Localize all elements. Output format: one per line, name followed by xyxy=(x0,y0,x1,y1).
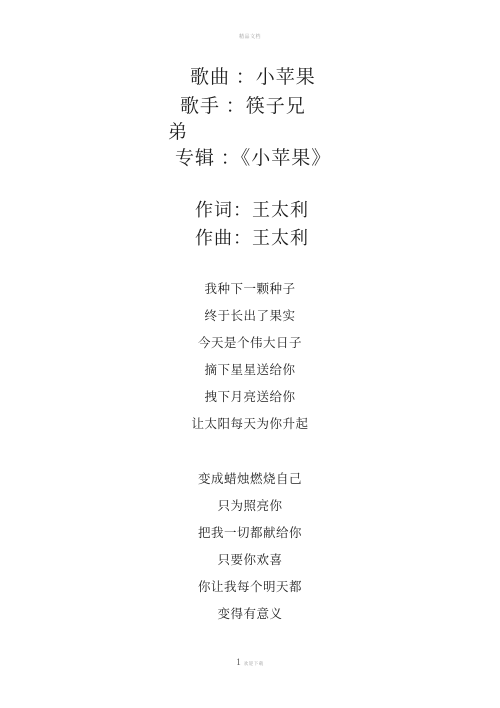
lyric-line: 今天是个伟大日子 xyxy=(0,330,500,357)
lyricist-credit: 作词：王太利 xyxy=(195,196,309,222)
lyrics-stanza-1: 我种下一颗种子 终于长出了果实 今天是个伟大日子 摘下星星送给你 拽下月亮送给你… xyxy=(0,276,500,438)
lyric-line: 把我一切都献给你 xyxy=(0,520,500,547)
lyrics-stanza-2: 变成蜡烛燃烧自己 只为照亮你 把我一切都献给你 只要你欢喜 你让我每个明天都 变… xyxy=(0,466,500,628)
lyric-line: 变成蜡烛燃烧自己 xyxy=(0,466,500,493)
artist-wrapped-character: 弟 xyxy=(168,117,188,144)
song-title-line: 歌曲 ：小苹果 xyxy=(190,62,316,89)
lyric-line: 你让我每个明天都 xyxy=(0,574,500,601)
lyric-line: 我种下一颗种子 xyxy=(0,276,500,303)
composer-credit: 作曲：王太利 xyxy=(195,224,309,250)
page-footer: 1 欢迎下载 xyxy=(0,657,500,667)
footer-note-text: 欢迎下载 xyxy=(244,661,264,667)
top-watermark-text: 精品文档 xyxy=(0,33,500,40)
lyric-line: 让太阳每天为你升起 xyxy=(0,411,500,438)
lyric-line: 终于长出了果实 xyxy=(0,303,500,330)
lyric-line: 变得有意义 xyxy=(0,601,500,628)
artist-line: 歌手 ：筷子兄 xyxy=(180,91,306,118)
album-line: 专辑 ：《小苹果》 xyxy=(175,143,331,170)
page-number: 1 xyxy=(236,657,241,667)
document-page: 精品文档 歌曲 ：小苹果 歌手 ：筷子兄 弟 专辑 ：《小苹果》 作词：王太利 … xyxy=(0,0,500,708)
lyric-line: 只要你欢喜 xyxy=(0,547,500,574)
lyric-line: 拽下月亮送给你 xyxy=(0,384,500,411)
lyric-line: 摘下星星送给你 xyxy=(0,357,500,384)
lyric-line: 只为照亮你 xyxy=(0,493,500,520)
